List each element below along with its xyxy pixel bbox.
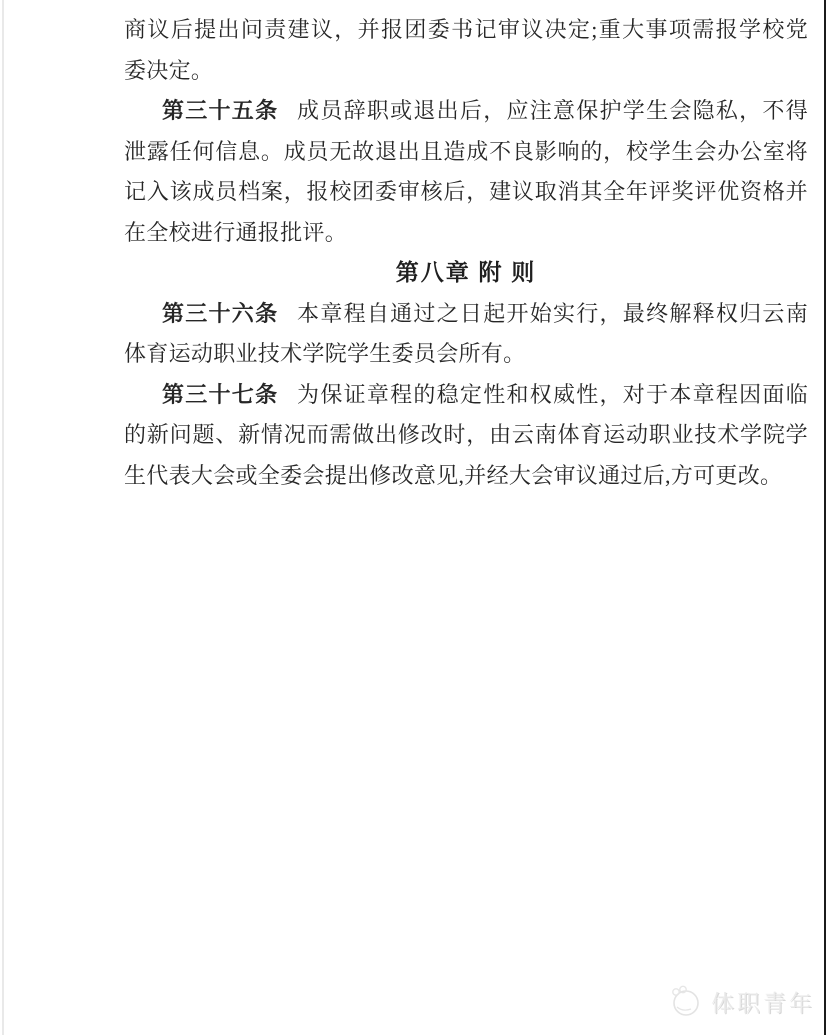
watermark: 体职青年 [667, 983, 815, 1019]
page-left-edge-line [2, 0, 4, 1035]
document-line: 体育运动职业技术学院学生委员会所有。 [124, 334, 808, 375]
document-line: 委决定。 [124, 51, 808, 92]
mascot-logo-icon [667, 983, 703, 1019]
document-line: 生代表大会或全委会提出修改意见,并经大会审议通过后,方可更改。 [124, 456, 808, 497]
document-line: 在全校进行通报批评。 [124, 213, 808, 254]
document-body: 商议后提出问责建议，并报团委书记审议决定;重大事项需报学校党 委决定。 第三十五… [124, 10, 808, 496]
watermark-label: 体职青年 [711, 985, 815, 1018]
document-line: 商议后提出问责建议，并报团委书记审议决定;重大事项需报学校党 [124, 10, 808, 51]
document-line-article-36: 第三十六条本章程自通过之日起开始实行，最终解释权归云南 [124, 294, 808, 335]
document-line: 的新问题、新情况而需做出修改时，由云南体育运动职业技术学院学 [124, 415, 808, 456]
document-line: 记入该成员档案，报校团委审核后，建议取消其全年评奖评优资格并 [124, 172, 808, 213]
document-line: 泄露任何信息。成员无故退出且造成不良影响的，校学生会办公室将 [124, 132, 808, 173]
article-number-label: 第三十六条 [162, 301, 278, 326]
page-right-edge-line [824, 0, 826, 1035]
article-number-label: 第三十七条 [162, 382, 278, 407]
document-line-article-37: 第三十七条为保证章程的稳定性和权威性，对于本章程因面临 [124, 375, 808, 416]
document-line-article-35: 第三十五条成员辞职或退出后，应注意保护学生会隐私，不得 [124, 91, 808, 132]
article-text: 本章程自通过之日起开始实行，最终解释权归云南 [297, 301, 808, 326]
chapter-heading: 第八章 附 则 [124, 253, 808, 294]
article-text: 成员辞职或退出后，应注意保护学生会隐私，不得 [297, 98, 808, 123]
article-number-label: 第三十五条 [162, 98, 278, 123]
article-text: 为保证章程的稳定性和权威性，对于本章程因面临 [297, 382, 808, 407]
